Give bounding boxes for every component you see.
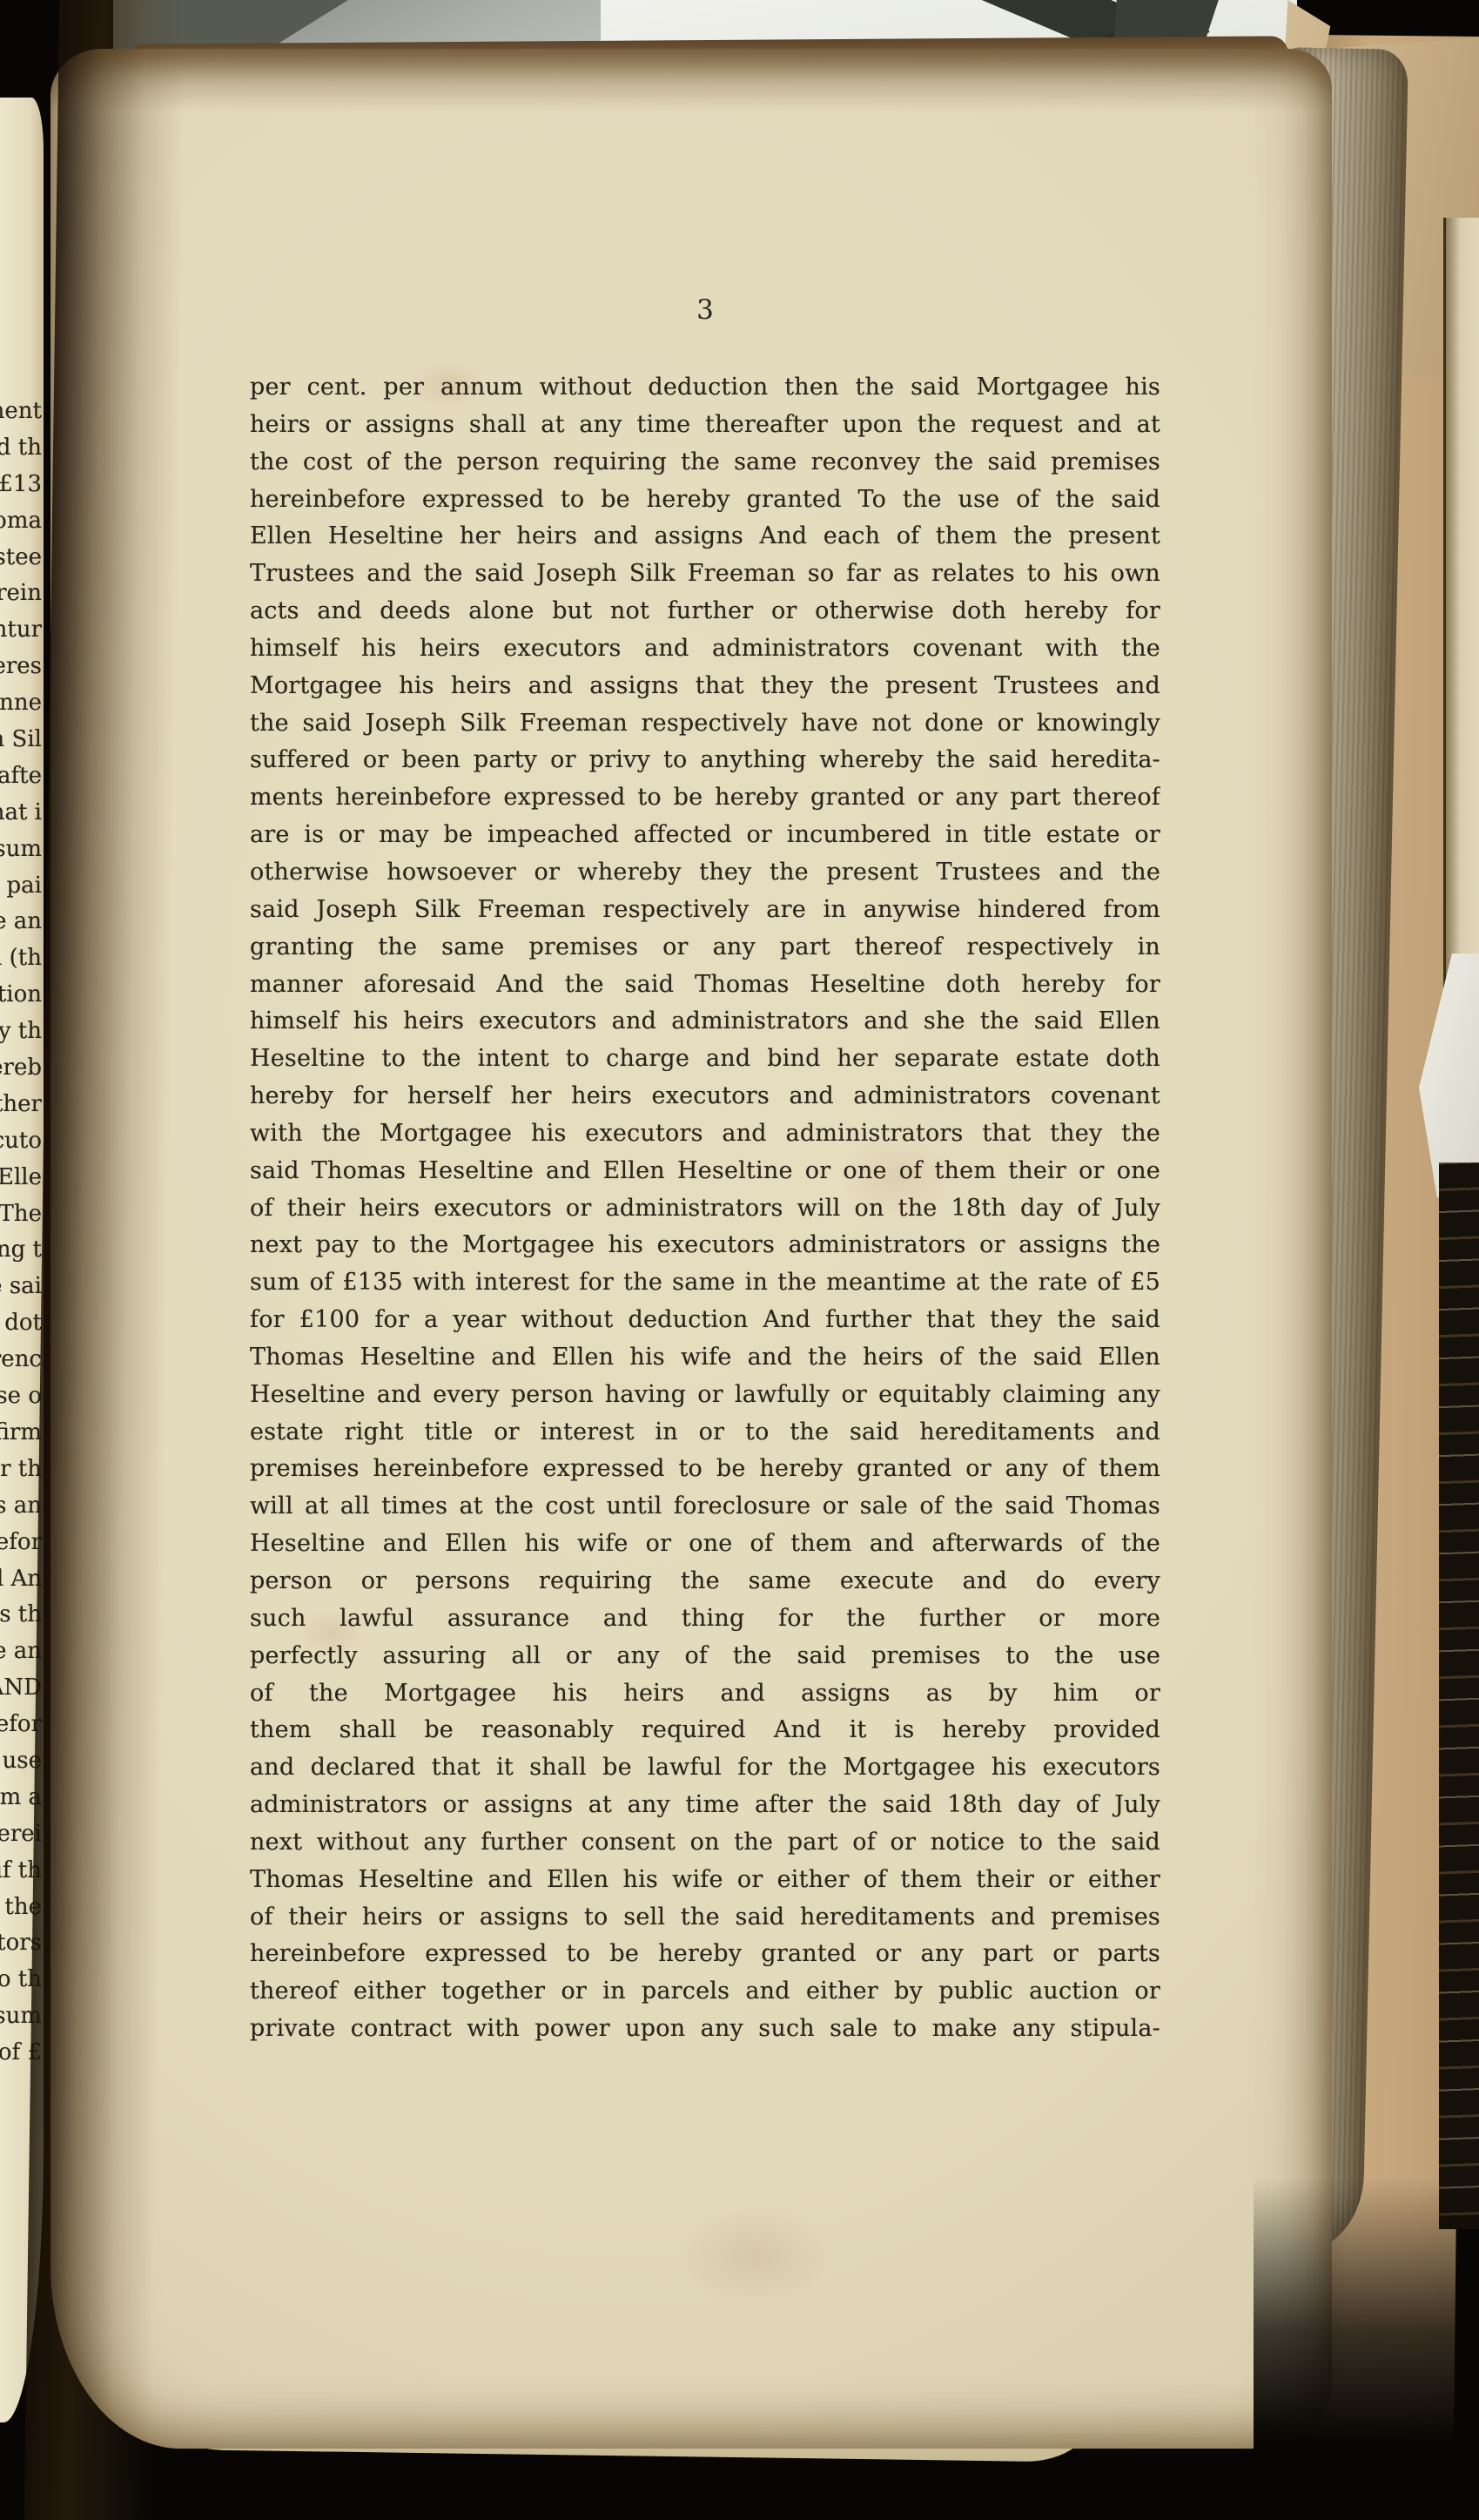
text-fragment: hereb [0,1050,42,1087]
text-line: them shall be reasonably required And it… [250,1712,1160,1749]
text-fragment: he sai [0,1269,42,1305]
text-fragment: and th [0,430,42,467]
text-line: such lawful assurance and thing for the … [250,1600,1160,1638]
text-line: Heseltine and Ellen his wife or one of t… [250,1526,1160,1563]
text-fragment: em dot [0,1305,42,1342]
text-fragment: if th [0,1853,42,1890]
text-fragment: reinafte [0,758,42,795]
text-line: perfectly assuring all or any of the sai… [250,1638,1160,1675]
text-fragment: d An [0,1561,42,1598]
text-fragment: action [0,977,42,1014]
text-line: Heseltine to the intent to charge and bi… [250,1041,1160,1078]
text-fragment: interes [0,649,42,685]
text-fragment: tors [0,1925,42,1962]
text-line: of the Mortgagee his heirs and assigns a… [250,1675,1160,1713]
text-fragment: herein [0,576,42,612]
text-line: manner aforesaid And the said Thomas Hes… [250,967,1160,1004]
text-fragment: ph Sil [0,722,42,758]
text-fragment: l by th [0,1014,42,1050]
text-fragment: inbefor [0,1525,42,1561]
text-fragment: rding t [0,1232,42,1269]
text-fragment: nts an [0,1488,42,1525]
text-fragment: d Elle [0,1160,42,1196]
text-line: thereof either together or in parcels an… [250,1973,1160,2011]
text-fragment: Thoma [0,503,42,540]
previous-page-sliver: almentand thof £13ThomaTrusteehereindent… [0,98,44,2422]
page-number: 3 [250,294,1160,326]
text-line: with the Mortgagee his executors and adm… [250,1115,1160,1153]
text-fragment: of ther [0,1087,42,1123]
text-line: granting the same premises or any part t… [250,929,1160,967]
text-line: himself his heirs executors and administ… [250,630,1160,668]
text-fragment: alment [0,394,42,430]
text-fragment: dentur [0,612,42,649]
text-line: Mortgagee his heirs and assigns that the… [250,668,1160,705]
text-line: the cost of the person requiring the sam… [250,444,1160,482]
text-fragment: ine an [0,904,42,940]
text-line: ments hereinbefore expressed to be hereb… [250,779,1160,817]
text-fragment: of the [0,1890,42,1926]
text-line: private contract with power upon any suc… [250,2011,1160,2048]
text-line: next pay to the Mortgagee his executors … [250,1227,1160,1264]
text-fragment: wife an [0,1634,42,1670]
book-page: 3 per cent. per annum without deduction … [50,49,1332,2449]
text-fragment: Trustee [0,540,42,576]
text-fragment: e sum [0,832,42,868]
text-line: Ellen Heseltine her heirs and assigns An… [250,518,1160,556]
text-fragment: pose o [0,1378,42,1415]
previous-page-text-fragments: almentand thof £13ThomaTrusteehereindent… [0,394,42,2072]
text-fragment: of £13 [0,467,42,503]
text-line: hereinbefore expressed to be hereby gran… [250,1936,1160,1973]
text-line: of their heirs executors or administrato… [250,1190,1160,1228]
text-fragment: tees th [0,1597,42,1634]
text-fragment: xecuto [0,1123,42,1160]
text-fragment: The [0,1196,42,1233]
text-fragment: e of £ [0,2035,42,2072]
text-line: will at all times at the cost until fore… [250,1488,1160,1526]
text-fragment: E AND [0,1670,42,1707]
text-line: said Thomas Heseltine and Ellen Heseltin… [250,1153,1160,1190]
text-fragment: e use [0,1743,42,1780]
text-fragment: confirm [0,1415,42,1452]
text-line: person or persons requiring the same exe… [250,1563,1160,1600]
text-line: for £100 for a year without deduction An… [250,1302,1160,1339]
text-line: Thomas Heseltine and Ellen his wife or e… [250,1862,1160,1899]
book-photograph: 3 per cent. per annum without deduction … [0,0,1479,2520]
right-paper-edge [1443,218,1479,1054]
text-line: per cent. per annum without deduction th… [250,369,1160,407]
text-line: administrators or assigns at any time af… [250,1787,1160,1824]
text-line: himself his heirs executors and administ… [250,1003,1160,1041]
dark-page-edges [1439,1162,1479,2229]
text-line: hereby for herself her heirs executors a… [250,1078,1160,1115]
bottom-right-shadow [1254,2177,1479,2520]
text-line: heirs or assigns shall at any time there… [250,407,1160,444]
text-line: next without any further consent on the … [250,1824,1160,1862]
text-line: estate right title or interest in or to … [250,1414,1160,1452]
page-text: per cent. per annum without deduction th… [250,369,1160,2048]
text-line: premises hereinbefore expressed to be he… [250,1451,1160,1488]
text-line: said Joseph Silk Freeman respectively ar… [250,892,1160,929]
text-line: otherwise howsoever or whereby they the … [250,854,1160,892]
text-line: hereinbefore expressed to be hereby gran… [250,482,1160,519]
text-line: and declared that it shall be lawful for… [250,1749,1160,1787]
text-line: sum of £135 with interest for the same i… [250,1264,1160,1302]
text-fragment: inbefor [0,1707,42,1743]
text-line: acts and deeds alone but not further or … [250,593,1160,630]
text-fragment: sum [0,1998,42,2035]
text-fragment: ees pai [0,868,42,905]
text-fragment: herei [0,1816,42,1853]
text-line: Heseltine and every person having or law… [250,1377,1160,1414]
text-fragment: rom a [0,1780,42,1816]
text-fragment: nan (th [0,940,42,977]
text-line: of their heirs or assigns to sell the sa… [250,1899,1160,1937]
text-line: suffered or been party or privy to anyth… [250,742,1160,779]
text-line: Thomas Heseltine and Ellen his wife and … [250,1339,1160,1377]
text-line: are is or may be impeached affected or i… [250,817,1160,854]
text-fragment: that i [0,795,42,832]
text-fragment: lar th [0,1452,42,1488]
text-fragment: currenc [0,1342,42,1378]
text-line: Trustees and the said Joseph Silk Freema… [250,556,1160,593]
text-fragment: manne [0,685,42,722]
text-fragment: to th [0,1962,42,1998]
text-line: the said Joseph Silk Freeman respectivel… [250,705,1160,743]
